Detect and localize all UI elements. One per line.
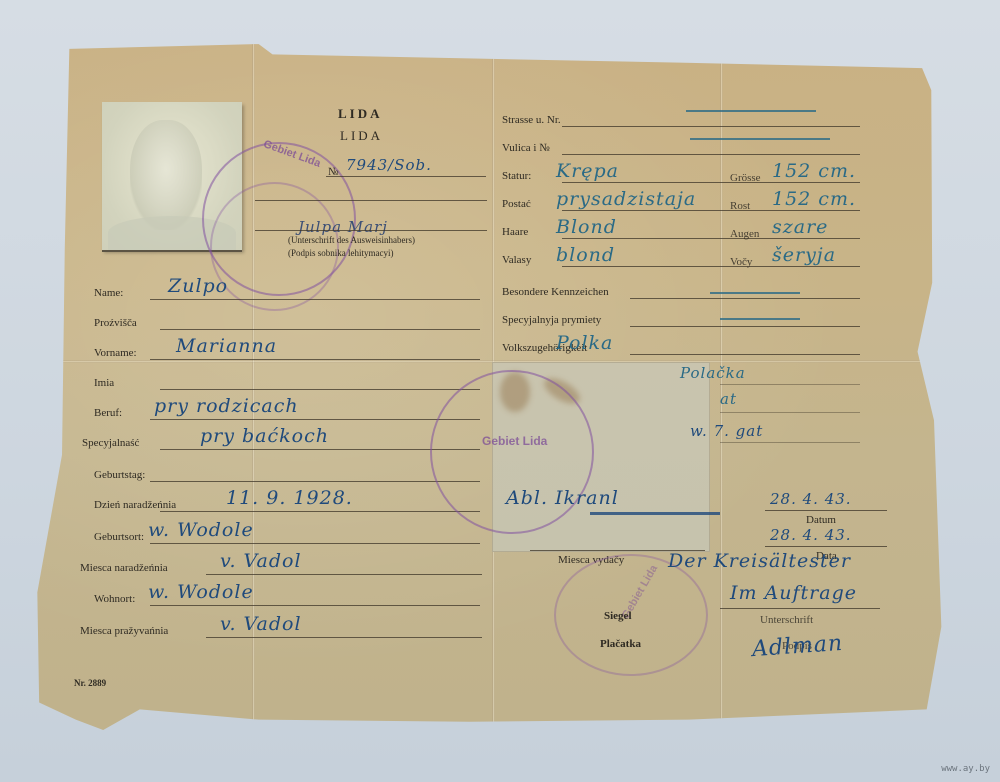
strike-stroke [710, 292, 800, 294]
field-label: Postać [502, 198, 531, 210]
extra-value: w. 7. gat [690, 422, 763, 440]
signature-caption-de: (Unterschrift des Ausweisinhabers) [288, 235, 415, 245]
seal-label-by: Plačatka [600, 638, 641, 650]
field-value: 152 cm. [772, 160, 856, 182]
stamp-circle [430, 370, 594, 534]
field-label: Wohnort: [94, 593, 135, 605]
field-value: blond [556, 244, 615, 266]
underline [765, 546, 887, 547]
underline [562, 238, 860, 239]
underline [720, 384, 860, 385]
field-label: Vorname: [94, 347, 137, 359]
underline [255, 200, 487, 201]
underline [150, 359, 480, 360]
authority-line-1: Der Kreisältester [668, 550, 851, 572]
underline [720, 442, 860, 443]
underline [630, 326, 860, 327]
field-value: szare [772, 216, 828, 238]
underline [150, 481, 480, 482]
field-value: Marianna [176, 335, 277, 357]
field-label: Dzień naradžeńnia [94, 499, 176, 511]
authority-signature: Adlman [751, 631, 844, 662]
underline [562, 126, 860, 127]
fold-line [30, 360, 945, 363]
field-value: Zulpo [168, 275, 228, 297]
field-label: Specyjalnaść [82, 437, 139, 449]
field-value: Polka [556, 332, 613, 354]
field-label: Rost [730, 200, 750, 212]
field-label: Vočy [730, 256, 752, 268]
underline [150, 543, 480, 544]
field-label: Haare [502, 226, 528, 238]
field-label: Besondere Kennzeichen [502, 286, 609, 298]
underline [765, 510, 887, 511]
underline [720, 608, 880, 609]
extra-value: Polačka [680, 364, 746, 382]
field-value: Blond [556, 216, 617, 238]
field-label: Vulica i № [502, 142, 550, 154]
underline [562, 210, 860, 211]
holder-signature: Julpa Marj [298, 218, 388, 236]
underline [160, 511, 480, 512]
underline [160, 329, 480, 330]
field-label: Geburtsort: [94, 531, 144, 543]
field-label: Imia [94, 377, 114, 389]
strike-stroke [720, 318, 800, 320]
date-value-1: 28. 4. 43. [770, 490, 852, 508]
underline [562, 266, 860, 267]
header-line-1: LIDA [338, 106, 383, 122]
field-label: Proźvišča [94, 317, 137, 329]
authority-line-2: Im Auftrage [730, 582, 857, 604]
field-value: šeryja [772, 244, 836, 266]
underline [150, 419, 480, 420]
identity-document: Gebiet Lida LIDA LIDA № 7943/Sob. Julpa … [30, 42, 945, 730]
strike-stroke [690, 138, 830, 140]
field-label: Geburtstag: [94, 469, 145, 481]
field-label: Beruf: [94, 407, 122, 419]
field-value: w. Wodole [148, 581, 254, 603]
field-value: v. Vadol [220, 613, 302, 635]
underline [630, 354, 860, 355]
field-label: Miesca pražyvańnia [80, 625, 168, 637]
seal-label-de: Siegel [604, 610, 632, 622]
field-value: w. Wodole [148, 519, 254, 541]
underline [160, 389, 480, 390]
field-label: Specyjalnyja prymiety [502, 314, 601, 326]
form-number: Nr. 2889 [74, 678, 106, 688]
photo-face [130, 120, 202, 230]
stamp-circle [210, 182, 339, 311]
signature-caption-by: (Podpis sobnika lehitymacyi) [288, 248, 394, 258]
fold-line [720, 42, 723, 730]
field-value: pry rodzicach [154, 395, 299, 417]
field-label: Augen [730, 228, 759, 240]
underline [562, 154, 860, 155]
header-line-2: LIDA [340, 128, 383, 144]
field-label: Valasy [502, 254, 531, 266]
underline [206, 637, 482, 638]
extra-value: at [720, 390, 737, 408]
field-label: Miesca naradžeńnia [80, 562, 168, 574]
underline [562, 182, 860, 183]
issuer-signature: Abl. Ikranl [506, 487, 619, 509]
field-value: Krępa [556, 160, 619, 182]
underline [206, 574, 482, 575]
field-label: Name: [94, 287, 123, 299]
strike-stroke [686, 110, 816, 112]
underline [326, 176, 486, 177]
field-label: Grösse [730, 172, 761, 184]
signature-stroke [590, 512, 720, 515]
field-label: Strasse u. Nr. [502, 114, 561, 126]
field-value: 152 cm. [772, 188, 856, 210]
field-label: Statur: [502, 170, 531, 182]
underline [255, 230, 487, 231]
field-value: 11. 9. 1928. [226, 487, 353, 509]
watermark: www.ay.by [941, 764, 990, 774]
document-number: 7943/Sob. [346, 156, 432, 174]
underline [630, 298, 860, 299]
signature-label-de: Unterschrift [760, 614, 813, 626]
date-label-de: Datum [806, 514, 836, 526]
field-value: v. Vadol [220, 550, 302, 572]
underline [150, 605, 480, 606]
underline [720, 412, 860, 413]
stamp-text: Gebiet Lida [482, 434, 547, 448]
date-value-2: 28. 4. 43. [770, 526, 852, 544]
field-value: prysadzistaja [556, 188, 696, 210]
underline [150, 299, 480, 300]
field-value: pry baćkoch [200, 425, 329, 447]
